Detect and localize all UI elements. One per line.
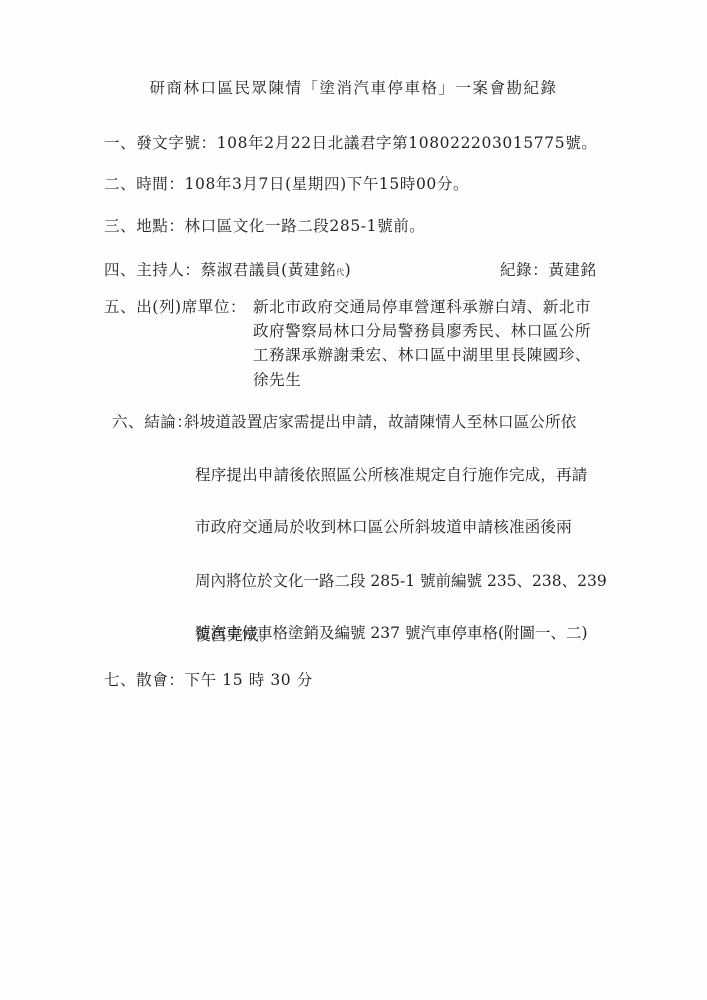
recorder-label: 紀錄：: [500, 261, 548, 279]
conclusion-line: 周內將位於文化一路二段 285-1 號前編號 235、238、239: [195, 571, 607, 591]
attendees-line: 政府警察局林口分局警務員廖秀民、林口區公所: [253, 321, 591, 341]
item-value: 下午 15 時 30 分: [185, 671, 313, 689]
item-document-number: 一、發文字號：108年2月22日北議君字第108022203015775號。: [104, 133, 597, 153]
item-value-small: 代: [336, 268, 345, 277]
item-label: 一、發文字號：: [104, 134, 217, 152]
attendees-line: 徐先生: [253, 370, 301, 390]
item-value: 蔡淑君議員(黃建銘: [201, 261, 336, 279]
item-value: 林口區文化一路二段285-1號前。: [185, 217, 426, 235]
document-title: 研商林口區民眾陳情「塗消汽車停車格」一案會勘紀錄: [0, 78, 707, 98]
item-location: 三、地點：林口區文化一路二段285-1號前。: [104, 216, 425, 236]
conclusion-line: 斜坡道設置店家需提出申請，故請陳情人至林口區公所依: [184, 412, 577, 432]
item-label: 七、散會：: [104, 671, 185, 689]
item-value: 108年2月22日北議君字第108022203015775號。: [217, 134, 598, 152]
document-page: 研商林口區民眾陳情「塗消汽車停車格」一案會勘紀錄 一、發文字號：108年2月22…: [0, 0, 707, 1000]
item-host: 四、主持人：蔡淑君議員(黃建銘代): [104, 260, 351, 283]
attendees-line: 新北市政府交通局停車營運科承辦白靖、新北市: [253, 297, 591, 317]
conclusion-line: 市政府交通局於收到林口區公所斜坡道申請核准函後兩: [195, 517, 572, 537]
conclusion-line: 復舊完成。: [195, 625, 276, 645]
item-value-end: ): [345, 261, 352, 279]
item-label: 二、時間：: [104, 175, 185, 193]
recorder-value: 黃建銘: [548, 261, 596, 279]
attendees-line: 工務課承辦謝秉宏、林口區中湖里里長陳國珍、: [253, 345, 591, 365]
item-adjourn: 七、散會：下午 15 時 30 分: [104, 670, 313, 690]
item-recorder: 紀錄：黃建銘: [500, 260, 597, 280]
conclusion-line: 程序提出申請後依照區公所核准規定自行施作完成，再請: [195, 465, 588, 485]
item-time: 二、時間：108年3月7日(星期四)下午15時00分。: [104, 174, 469, 194]
item-label: 四、主持人：: [104, 261, 201, 279]
item-label: 三、地點：: [104, 217, 185, 235]
item-conclusion-label: 六、結論：: [112, 412, 193, 432]
item-attendees-label: 五、出(列)席單位：: [104, 297, 246, 317]
item-value: 108年3月7日(星期四)下午15時00分。: [185, 175, 470, 193]
